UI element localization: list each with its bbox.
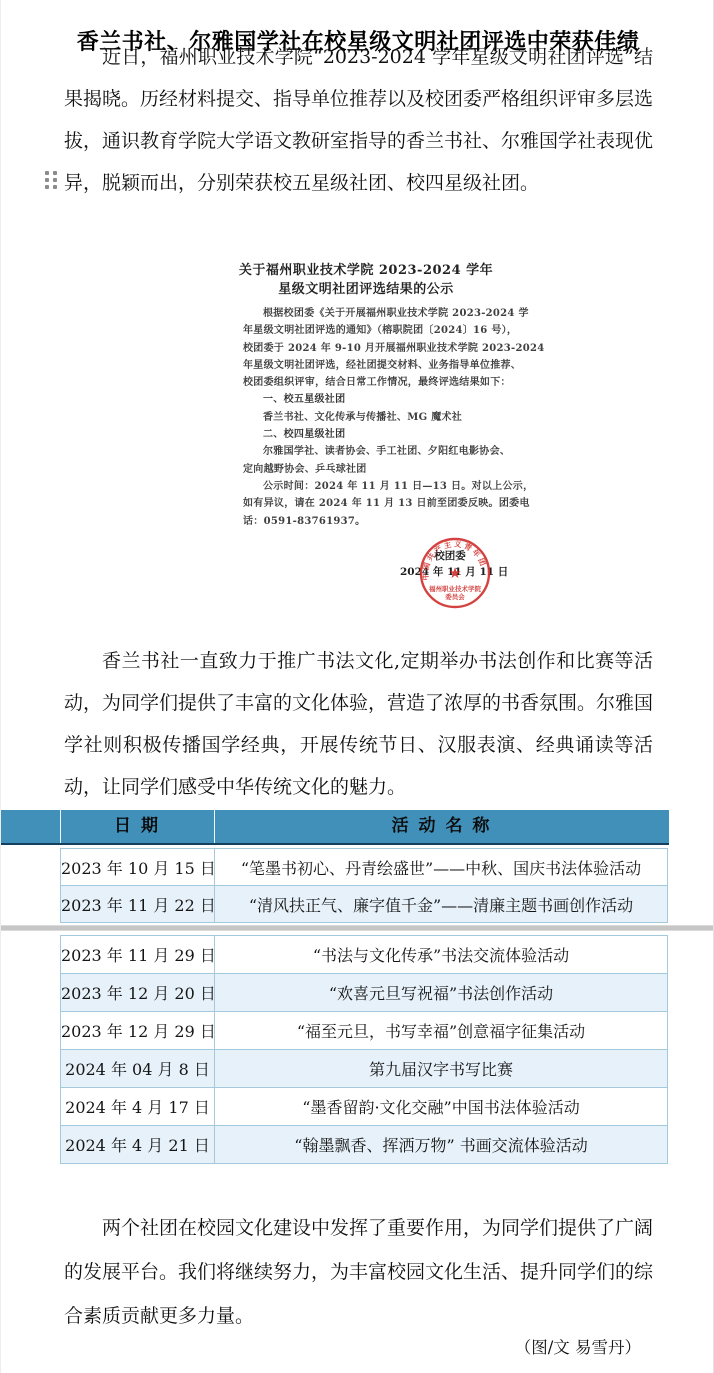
activity-cell: “墨香留韵·文化交融”中国书法体验活动 xyxy=(215,1088,668,1126)
notice-line: 公示时间：2024 年 11 月 11 日—13 日。对以上公示， xyxy=(243,478,531,495)
notice-body: 根据校团委《关于开展福州职业技术学院 2023-2024 学 年星级文明社团评选… xyxy=(201,305,531,530)
dot xyxy=(53,171,57,175)
table-row: 2024 年 4 月 17 日 “墨香留韵·文化交融”中国书法体验活动 xyxy=(61,1088,668,1126)
date-cell: 2024 年 4 月 21 日 xyxy=(61,1126,215,1164)
paragraph-intro: 近日，福州职业技术学院“2023-2024 学年星级文明社团评选”结果揭晓。历经… xyxy=(64,36,653,206)
article-page: 香兰书社、尔雅国学社在校星级文明社团评选中荣获佳绩 近日，福州职业技术学院“20… xyxy=(0,0,714,1373)
table-row: 2024 年 4 月 21 日 “翰墨飘香、挥洒万物” 书画交流体验活动 xyxy=(61,1126,668,1164)
paragraph-clubs: 香兰书社一直致力于推广书法文化,定期举办书法创作和比赛等活动，为同学们提供了丰富… xyxy=(64,640,653,810)
notice-line: 如有异议，请在 2024 年 11 月 13 日前至团委反映。团委电 xyxy=(243,495,531,512)
notice-line: 尔雅国学社、读者协会、手工社团、夕阳红电影协会、 xyxy=(243,443,531,460)
notice-line: 定向越野协会、乒乓球社团 xyxy=(243,461,531,478)
page-break-line xyxy=(1,925,714,931)
date-cell: 2023 年 12 月 29 日 xyxy=(61,1012,215,1050)
activity-cell: “书法与文化传承”书法交流体验活动 xyxy=(215,936,668,974)
table-row: 2023 年 11 月 29 日 “书法与文化传承”书法交流体验活动 xyxy=(61,936,668,974)
notice-line: 年星级文明社团评选，经社团提交材料、业务指导单位推荐、 xyxy=(243,357,531,374)
notice-line: 年星级文明社团评选的通知》（榕职院团〔2024〕16 号）， xyxy=(243,322,531,339)
notice-title-line: 星级文明社团评选结果的公示 xyxy=(201,280,531,299)
dot xyxy=(53,185,57,189)
date-cell: 2023 年 11 月 22 日 xyxy=(61,886,215,923)
table-row: 2023 年 12 月 29 日 “福至元旦，书写幸福”创意福字征集活动 xyxy=(61,1012,668,1050)
notice-title-line: 关于福州职业技术学院 2023-2024 学年 xyxy=(201,261,531,280)
table-row: 2023 年 10 月 15 日 “笔墨书初心、丹青绘盛世”——中秋、国庆书法体… xyxy=(61,849,668,886)
activity-cell: “翰墨飘香、挥洒万物” 书画交流体验活动 xyxy=(215,1126,668,1164)
notice-line: 校团委组织评审，结合日常工作情况，最终评选结果如下： xyxy=(243,374,531,391)
table-row: 2023 年 11 月 22 日 “清风扶正气、廉字值千金”——清廉主题书画创作… xyxy=(61,886,668,923)
activity-cell: 第九届汉字书写比赛 xyxy=(215,1050,668,1088)
date-cell: 2024 年 04 月 8 日 xyxy=(61,1050,215,1088)
header-cell-activity: 活 动 名 称 xyxy=(214,810,669,843)
date-cell: 2023 年 11 月 29 日 xyxy=(61,936,215,974)
header-cell-date: 日 期 xyxy=(60,810,214,843)
table-row: 2024 年 04 月 8 日 第九届汉字书写比赛 xyxy=(61,1050,668,1088)
dot xyxy=(45,178,49,182)
notice-title: 关于福州职业技术学院 2023-2024 学年 星级文明社团评选结果的公示 xyxy=(201,252,531,299)
notice-line: 话：0591-83761937。 xyxy=(243,513,531,530)
dot xyxy=(45,185,49,189)
paragraph-closing: 两个社团在校园文化建设中发挥了重要作用，为同学们提供了广阔的发展平台。我们将继续… xyxy=(64,1206,653,1340)
dot xyxy=(45,171,49,175)
red-seal-stamp-icon: 中国共产主义青年团 ★ 福州职业技术学院 委员会 xyxy=(418,536,492,610)
activity-table-header: 日 期 活 动 名 称 xyxy=(1,810,669,845)
activity-cell: “欢喜元旦写祝福”书法创作活动 xyxy=(215,974,668,1012)
dot xyxy=(53,178,57,182)
activity-cell: “福至元旦，书写幸福”创意福字征集活动 xyxy=(215,1012,668,1050)
table-row: 2023 年 12 月 20 日 “欢喜元旦写祝福”书法创作活动 xyxy=(61,974,668,1012)
notice-line: 一、校五星级社团 xyxy=(243,391,531,408)
drag-handle-icon[interactable] xyxy=(45,171,57,190)
seal-org-line: 福州职业技术学院 xyxy=(428,584,482,593)
notice-line: 校团委于 2024 年 9-10 月开展福州职业技术学院 2023-2024 xyxy=(243,340,531,357)
seal-star-icon: ★ xyxy=(448,564,461,582)
notice-line: 二、校四星级社团 xyxy=(243,426,531,443)
date-cell: 2023 年 10 月 15 日 xyxy=(61,849,215,886)
byline: （图/文 易雪丹） xyxy=(64,1334,653,1358)
activity-cell: “清风扶正气、廉字值千金”——清廉主题书画创作活动 xyxy=(215,886,668,923)
notice-line: 根据校团委《关于开展福州职业技术学院 2023-2024 学 xyxy=(243,305,531,322)
activity-cell: “笔墨书初心、丹青绘盛世”——中秋、国庆书法体验活动 xyxy=(215,849,668,886)
date-cell: 2023 年 12 月 20 日 xyxy=(61,974,215,1012)
notice-line: 香兰书社、文化传承与传播社、MG 魔术社 xyxy=(243,409,531,426)
date-cell: 2024 年 4 月 17 日 xyxy=(61,1088,215,1126)
activity-table-part1: 2023 年 10 月 15 日 “笔墨书初心、丹青绘盛世”——中秋、国庆书法体… xyxy=(60,848,668,923)
seal-org-line: 委员会 xyxy=(445,592,465,601)
activity-table-part2: 2023 年 11 月 29 日 “书法与文化传承”书法交流体验活动 2023 … xyxy=(60,935,668,1164)
